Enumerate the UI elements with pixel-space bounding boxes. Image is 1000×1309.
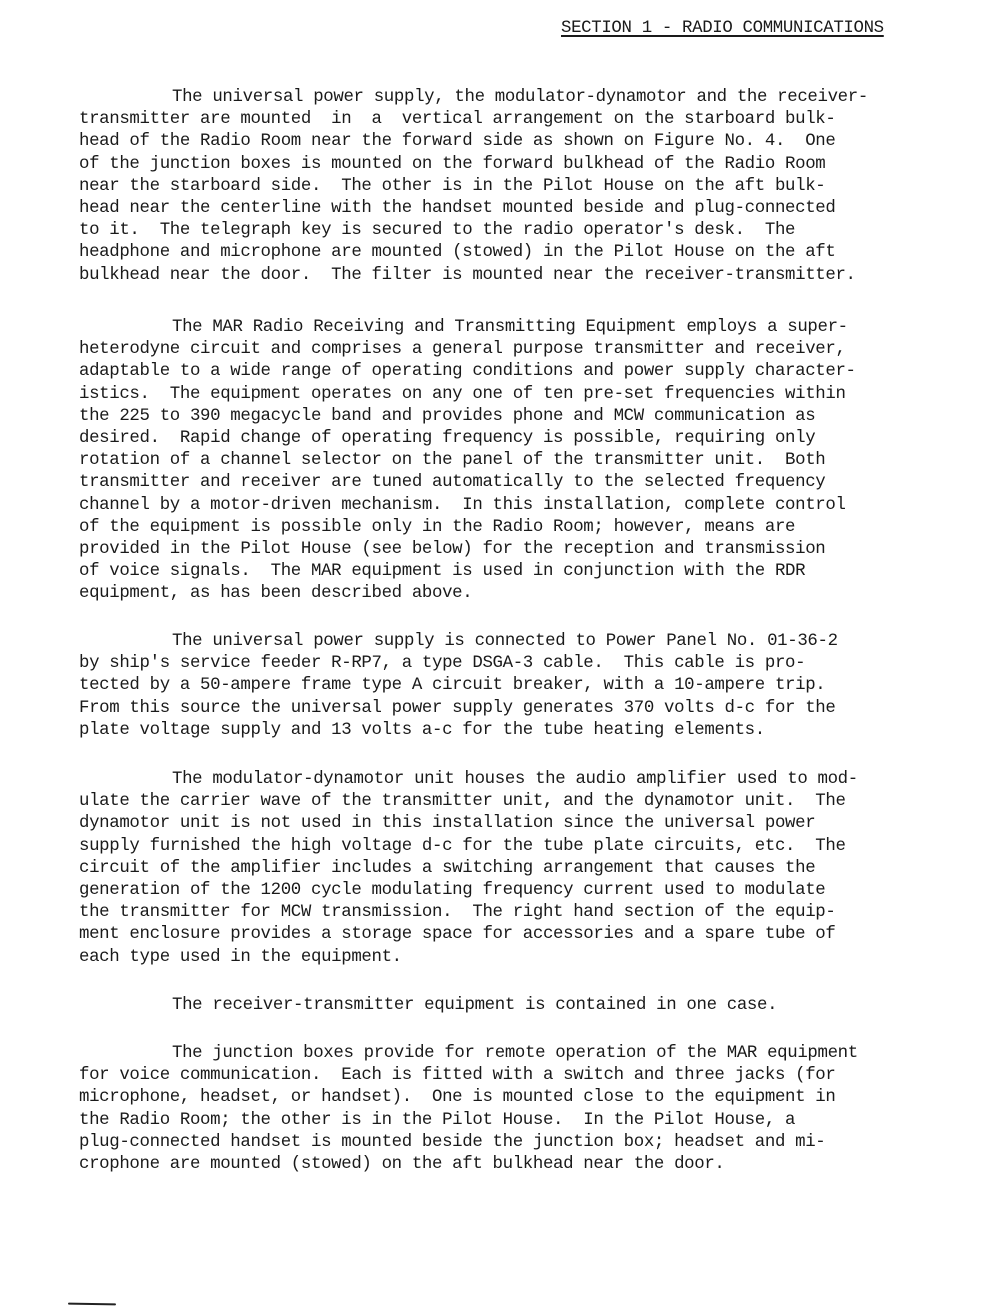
text-line: provided in the Pilot House (see below) …	[79, 539, 856, 561]
text-line: The receiver-transmitter equipment is co…	[79, 995, 777, 1017]
text-line: rotation of a channel selector on the pa…	[79, 450, 856, 472]
text-line: crophone are mounted (stowed) on the aft…	[79, 1154, 858, 1176]
text-line: ulate the carrier wave of the transmitte…	[79, 791, 858, 813]
text-line: near the starboard side. The other is in…	[79, 176, 868, 198]
text-line: istics. The equipment operates on any on…	[79, 384, 856, 406]
text-line: headphone and microphone are mounted (st…	[79, 242, 868, 264]
text-line: equipment, as has been described above.	[79, 583, 856, 605]
paragraph-power-supply-connection: The universal power supply is connected …	[79, 631, 838, 742]
paragraph-junction-boxes: The junction boxes provide for remote op…	[79, 1043, 858, 1176]
text-line: From this source the universal power sup…	[79, 698, 838, 720]
section-header: SECTION 1 - RADIO COMMUNICATIONS	[561, 19, 884, 38]
text-line: channel by a motor-driven mechanism. In …	[79, 495, 856, 517]
text-line: of the junction boxes is mounted on the …	[79, 154, 868, 176]
document-page: SECTION 1 - RADIO COMMUNICATIONS The uni…	[0, 0, 1000, 1309]
text-line: ment enclosure provides a storage space …	[79, 924, 858, 946]
text-line: for voice communication. Each is fitted …	[79, 1065, 858, 1087]
text-line: the Radio Room; the other is in the Pilo…	[79, 1110, 858, 1132]
text-line: tected by a 50-ampere frame type A circu…	[79, 675, 838, 697]
text-line: heterodyne circuit and comprises a gener…	[79, 339, 856, 361]
text-line: the 225 to 390 megacycle band and provid…	[79, 406, 856, 428]
text-line: the transmitter for MCW transmission. Th…	[79, 902, 858, 924]
text-line: supply furnished the high voltage d-c fo…	[79, 836, 858, 858]
text-line: The universal power supply is connected …	[79, 631, 838, 653]
paragraph-modulator-dynamotor: The modulator-dynamotor unit houses the …	[79, 769, 858, 969]
text-line: desired. Rapid change of operating frequ…	[79, 428, 856, 450]
text-line: bulkhead near the door. The filter is mo…	[79, 265, 868, 287]
text-line: plate voltage supply and 13 volts a-c fo…	[79, 720, 838, 742]
text-line: microphone, headset, or handset). One is…	[79, 1087, 858, 1109]
paragraph-receiver-transmitter-case: The receiver-transmitter equipment is co…	[79, 995, 777, 1017]
text-line: The modulator-dynamotor unit houses the …	[79, 769, 858, 791]
text-line: each type used in the equipment.	[79, 947, 858, 969]
text-line: transmitter are mounted in a vertical ar…	[79, 109, 868, 131]
text-line: The MAR Radio Receiving and Transmitting…	[79, 317, 856, 339]
text-line: transmitter and receiver are tuned autom…	[79, 472, 856, 494]
paragraph-mar-equipment-description: The MAR Radio Receiving and Transmitting…	[79, 317, 856, 605]
text-line: The junction boxes provide for remote op…	[79, 1043, 858, 1065]
text-line: to it. The telegraph key is secured to t…	[79, 220, 868, 242]
text-line: of voice signals. The MAR equipment is u…	[79, 561, 856, 583]
text-line: head of the Radio Room near the forward …	[79, 131, 868, 153]
text-line: circuit of the amplifier includes a swit…	[79, 858, 858, 880]
text-line: by ship's service feeder R-RP7, a type D…	[79, 653, 838, 675]
text-line: adaptable to a wide range of operating c…	[79, 361, 856, 383]
text-line: plug-connected handset is mounted beside…	[79, 1132, 858, 1154]
text-line: of the equipment is possible only in the…	[79, 517, 856, 539]
text-line: head near the centerline with the handse…	[79, 198, 868, 220]
paragraph-mounting-arrangement: The universal power supply, the modulato…	[79, 87, 868, 287]
scan-artifact-mark	[68, 1303, 116, 1306]
text-line: generation of the 1200 cycle modulating …	[79, 880, 858, 902]
text-line: The universal power supply, the modulato…	[79, 87, 868, 109]
text-line: dynamotor unit is not used in this insta…	[79, 813, 858, 835]
